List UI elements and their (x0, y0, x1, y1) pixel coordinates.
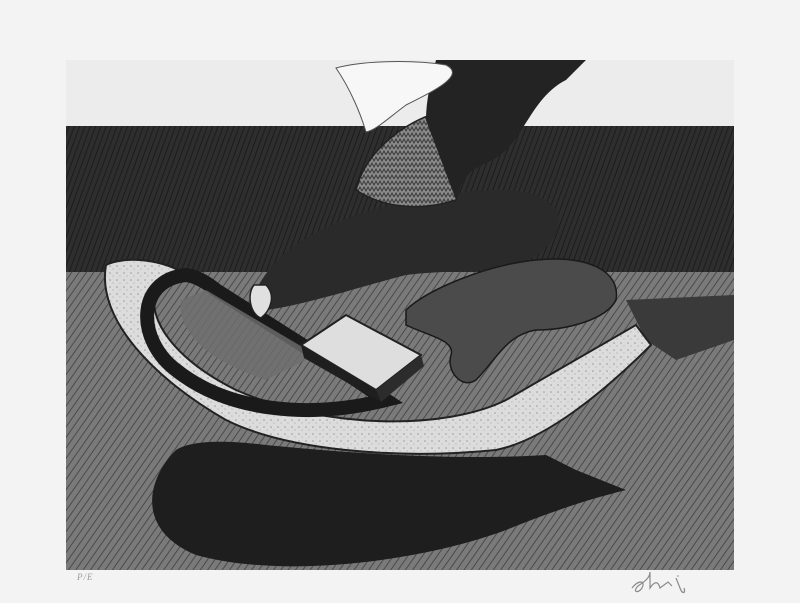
edition-mark: P/E (77, 572, 94, 582)
etching-image (66, 60, 734, 570)
signature-scribble-icon (628, 570, 708, 596)
etching-plate (66, 60, 734, 570)
artist-signature: Miró (628, 570, 708, 596)
